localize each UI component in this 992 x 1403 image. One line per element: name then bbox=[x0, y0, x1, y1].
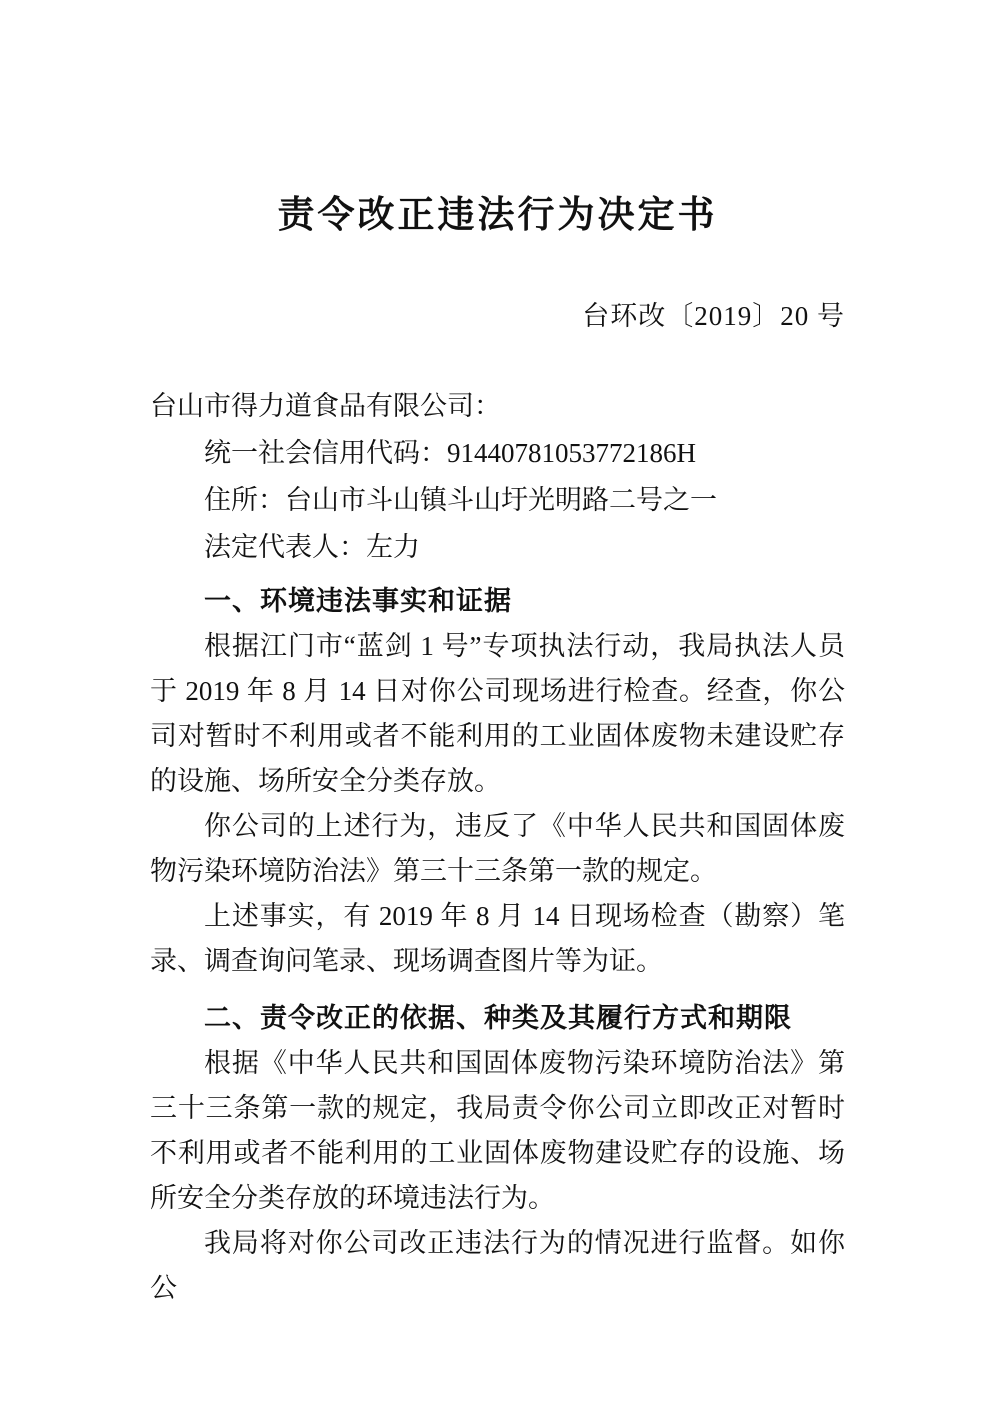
section-1-heading: 一、环境违法事实和证据 bbox=[150, 579, 845, 624]
document-content: 责令改正违法行为决定书 台环改〔2019〕20 号 台山市得力道食品有限公司： … bbox=[150, 190, 845, 1311]
recipient-credit-code: 统一社会信用代码：91440781053772186H bbox=[150, 430, 845, 477]
recipient-block: 台山市得力道食品有限公司： 统一社会信用代码：91440781053772186… bbox=[150, 383, 845, 571]
document-title: 责令改正违法行为决定书 bbox=[150, 190, 845, 242]
section-2-paragraph-2: 我局将对你公司改正违法行为的情况进行监督。如你公 bbox=[150, 1221, 845, 1311]
section-2-heading: 二、责令改正的依据、种类及其履行方式和期限 bbox=[150, 996, 845, 1041]
section-1-paragraph-1: 根据江门市“蓝剑 1 号”专项执法行动，我局执法人员于 2019 年 8 月 1… bbox=[150, 624, 845, 804]
document-page: 责令改正违法行为决定书 台环改〔2019〕20 号 台山市得力道食品有限公司： … bbox=[0, 0, 992, 1403]
recipient-address: 住所：台山市斗山镇斗山圩光明路二号之一 bbox=[150, 477, 845, 524]
document-number: 台环改〔2019〕20 号 bbox=[150, 293, 845, 340]
section-1-paragraph-2: 你公司的上述行为，违反了《中华人民共和国固体废物污染环境防治法》第三十三条第一款… bbox=[150, 804, 845, 894]
recipient-company: 台山市得力道食品有限公司： bbox=[150, 383, 845, 430]
section-1-paragraph-3: 上述事实，有 2019 年 8 月 14 日现场检查（勘察）笔录、调查询问笔录、… bbox=[150, 894, 845, 984]
recipient-legal-rep: 法定代表人：左力 bbox=[150, 524, 845, 571]
section-2-paragraph-1: 根据《中华人民共和国固体废物污染环境防治法》第三十三条第一款的规定，我局责令你公… bbox=[150, 1041, 845, 1221]
